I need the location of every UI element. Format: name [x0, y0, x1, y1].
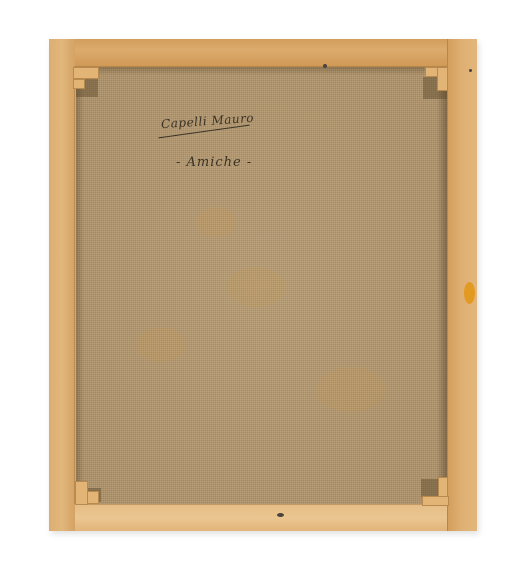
dark-mark: [323, 64, 327, 68]
canvas-stain: [226, 267, 286, 307]
stretcher-bar-top: [49, 39, 477, 67]
corner-key-top-right: [437, 67, 448, 91]
dark-mark: [277, 513, 284, 517]
canvas-shadow: [76, 67, 447, 75]
corner-key-bottom-right: [422, 496, 449, 506]
stretcher-bar-left: [49, 39, 75, 531]
corner-key-top-left-small: [73, 79, 85, 89]
canvas-stain: [316, 367, 386, 412]
dark-mark: [469, 69, 472, 72]
canvas-back: Capelli Mauro - Amiche -: [76, 67, 447, 504]
canvas-shadow: [76, 67, 84, 504]
canvas-shadow: [437, 67, 447, 504]
corner-key-bottom-left-small: [87, 491, 99, 504]
orange-paint-spot: [464, 282, 475, 304]
seam-bottom: [75, 504, 448, 505]
stretcher-frame: Capelli Mauro - Amiche -: [49, 39, 477, 531]
canvas-stain: [196, 207, 236, 237]
seam-left: [74, 66, 75, 504]
stretcher-bar-bottom: [49, 505, 477, 531]
corner-key-bottom-right-small: [438, 477, 448, 497]
title-inscription: - Amiche -: [176, 155, 252, 170]
corner-key-top-left: [73, 67, 99, 79]
artist-signature: Capelli Mauro: [161, 111, 255, 131]
seam-right: [447, 39, 448, 531]
canvas-stain: [136, 327, 186, 362]
